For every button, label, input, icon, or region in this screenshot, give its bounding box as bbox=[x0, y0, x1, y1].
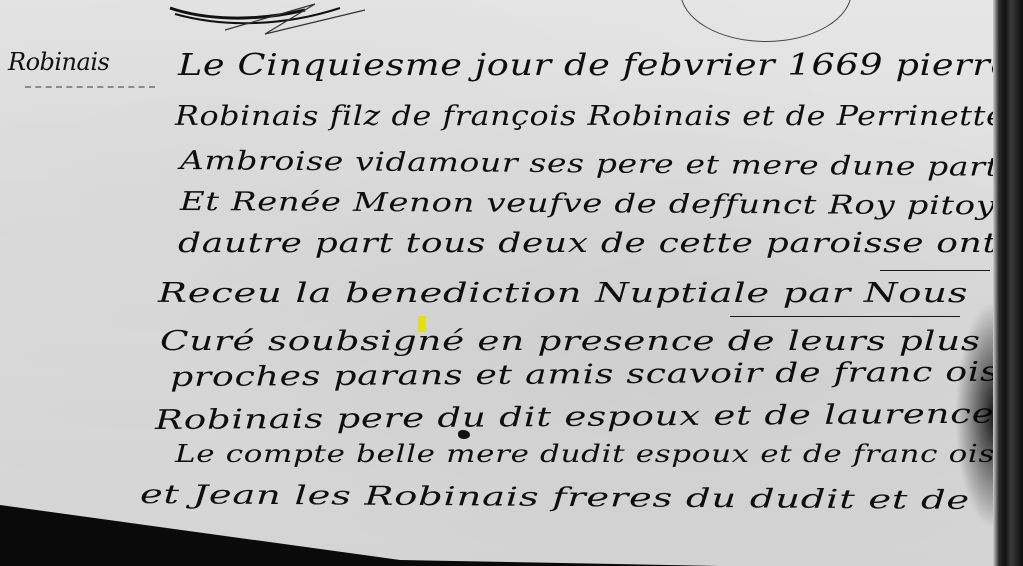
document-scan: Robinais Le Cinquiesme jour de febvrier … bbox=[0, 0, 1023, 566]
underline-stroke bbox=[730, 316, 960, 317]
margin-surname: Robinais bbox=[8, 48, 109, 76]
entry-line-6: Receu la benediction Nuptiale par Nous bbox=[158, 278, 968, 309]
entry-line-2: Robinais filz de françois Robinais et de… bbox=[175, 101, 1005, 132]
top-flourish bbox=[165, 0, 385, 40]
margin-dashes bbox=[25, 86, 155, 90]
entry-line-9: Robinais pere du dit espoux et de lauren… bbox=[155, 399, 995, 436]
entry-line-11: et Jean les Robinais freres du dudit et … bbox=[140, 480, 970, 516]
underline-stroke bbox=[880, 270, 990, 271]
entry-line-8: proches parans et amis scavoir de franc … bbox=[170, 357, 1000, 393]
gutter-shadow bbox=[955, 300, 995, 530]
ink-blot bbox=[458, 430, 470, 439]
entry-line-1: Le Cinquiesme jour de febvrier 1669 pier… bbox=[178, 48, 1013, 83]
entry-line-4: Et Renée Menon veufve de deffunct Roy pi… bbox=[180, 187, 996, 221]
entry-line-10: Le compte belle mere dudit espoux et de … bbox=[175, 440, 995, 468]
highlight-marker bbox=[418, 316, 426, 332]
entry-line-5: dautre part tous deux de cette paroisse … bbox=[178, 228, 998, 259]
page-binding bbox=[993, 0, 1023, 566]
entry-line-7: Curé soubsigné en presence de leurs plus bbox=[160, 326, 981, 357]
